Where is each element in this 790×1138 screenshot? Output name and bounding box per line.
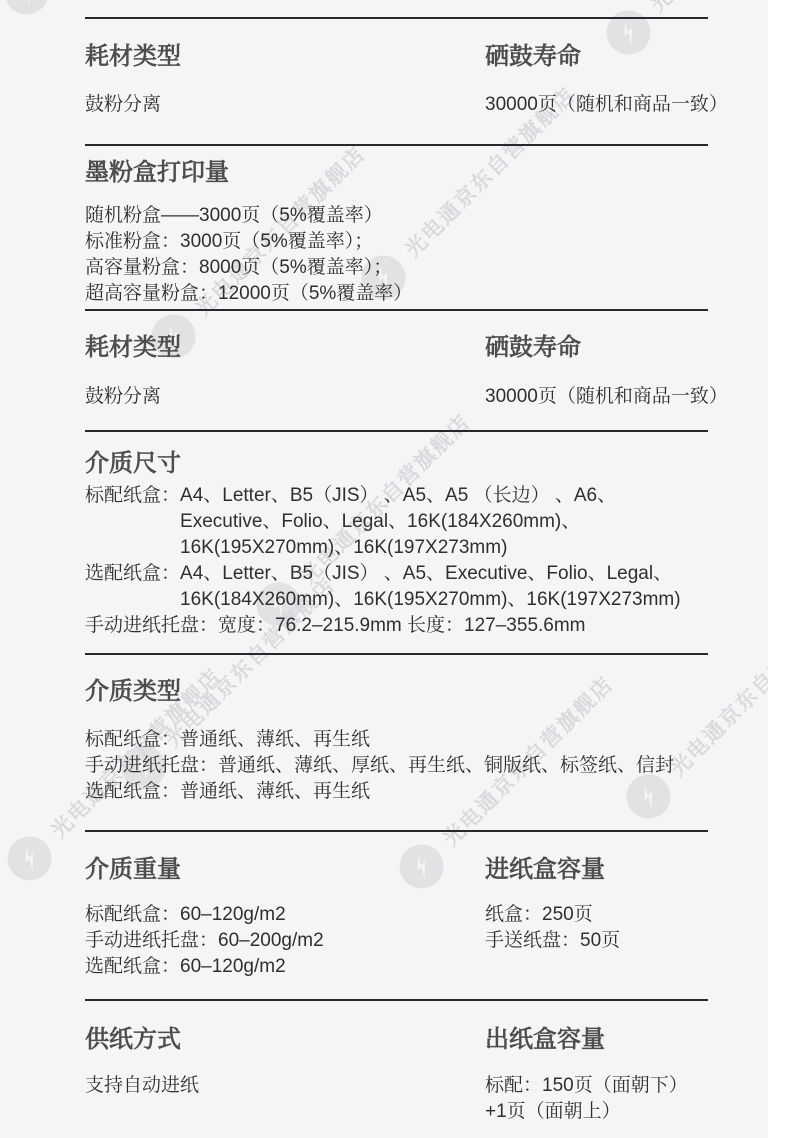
spec-heading: 介质尺寸 — [85, 450, 735, 478]
spec-lines: 随机粉盒——3000页（5%覆盖率） 标准粉盒：3000页（5%覆盖率）； 高容… — [85, 203, 735, 307]
spec-sheet: 耗材类型 鼓粉分离 硒鼓寿命 30000页（随机和商品一致） 墨粉盒打印量 随机… — [0, 0, 790, 1134]
spec-heading: 硒鼓寿命 — [485, 43, 735, 71]
spec-value: 宽度：76.2–215.9mm 长度：127–355.6mm — [218, 613, 586, 639]
spec-lines: 标配纸盒：60–120g/m2 手动进纸托盘：60–200g/m2 选配纸盒：6… — [85, 902, 485, 980]
spec-lines: 标配纸盒： A4、Letter、B5（JIS） 、A5、A5 （长边） 、A6、… — [85, 483, 735, 639]
spec-section-consumable-type-2: 耗材类型 鼓粉分离 硒鼓寿命 30000页（随机和商品一致） — [0, 311, 790, 430]
spec-line: 手动进纸托盘：60–200g/m2 — [85, 928, 485, 954]
spec-col-right: 进纸盒容量 纸盒：250页 手送纸盘：50页 — [485, 856, 735, 980]
spec-entry: 选配纸盒： A4、Letter、B5（JIS） 、A5、Executive、Fo… — [85, 561, 735, 613]
spec-col-left: 介质重量 标配纸盒：60–120g/m2 手动进纸托盘：60–200g/m2 选… — [85, 856, 485, 980]
spec-section-media-type: 介质类型 标配纸盒：普通纸、薄纸、再生纸 手动进纸托盘：普通纸、薄纸、厚纸、再生… — [0, 655, 790, 830]
spec-line: 标配纸盒：60–120g/m2 — [85, 902, 485, 928]
spec-label: 标配纸盒： — [85, 483, 180, 509]
spec-line: 超高容量粉盒：12000页（5%覆盖率） — [85, 281, 735, 307]
spec-line: 标配：150页（面朝下） — [485, 1073, 735, 1099]
spec-section-media-size: 介质尺寸 标配纸盒： A4、Letter、B5（JIS） 、A5、A5 （长边）… — [0, 432, 790, 653]
spec-col-left: 供纸方式 支持自动进纸 — [85, 1026, 485, 1125]
spec-line: 高容量粉盒：8000页（5%覆盖率）； — [85, 255, 735, 281]
spec-line: 手动进纸托盘：普通纸、薄纸、厚纸、再生纸、铜版纸、标签纸、信封 — [85, 753, 735, 779]
spec-value: 鼓粉分离 — [85, 92, 485, 118]
spec-label: 手动进纸托盘： — [85, 613, 218, 639]
spec-value: A4、Letter、B5（JIS） 、A5、Executive、Folio、Le… — [180, 561, 681, 613]
spec-line: 随机粉盒——3000页（5%覆盖率） — [85, 203, 735, 229]
spec-section-toner-yield: 墨粉盒打印量 随机粉盒——3000页（5%覆盖率） 标准粉盒：3000页（5%覆… — [0, 146, 790, 309]
spec-heading: 供纸方式 — [85, 1026, 485, 1054]
spec-line: 标准粉盒：3000页（5%覆盖率）； — [85, 229, 735, 255]
right-white-strip — [768, 0, 790, 1138]
spec-line: +1页（面朝上） — [485, 1099, 735, 1125]
spec-value: 鼓粉分离 — [85, 384, 485, 410]
spec-value: A4、Letter、B5（JIS） 、A5、A5 （长边） 、A6、 Execu… — [180, 483, 616, 561]
spec-line: 选配纸盒：普通纸、薄纸、再生纸 — [85, 779, 735, 805]
spec-heading: 硒鼓寿命 — [485, 334, 735, 362]
spec-section-media-weight-capacity: 介质重量 标配纸盒：60–120g/m2 手动进纸托盘：60–200g/m2 选… — [0, 832, 790, 999]
spec-line: 选配纸盒：60–120g/m2 — [85, 954, 485, 980]
spec-line: 标配纸盒：普通纸、薄纸、再生纸 — [85, 727, 735, 753]
spec-line: 支持自动进纸 — [85, 1073, 485, 1099]
spec-label: 选配纸盒： — [85, 561, 180, 587]
spec-heading: 介质类型 — [85, 678, 735, 706]
spec-lines: 标配纸盒：普通纸、薄纸、再生纸 手动进纸托盘：普通纸、薄纸、厚纸、再生纸、铜版纸… — [85, 727, 735, 805]
spec-heading: 墨粉盒打印量 — [85, 159, 735, 187]
spec-heading: 出纸盒容量 — [485, 1026, 735, 1054]
spec-lines: 标配：150页（面朝下） +1页（面朝上） — [485, 1073, 735, 1125]
spec-heading: 进纸盒容量 — [485, 856, 735, 884]
spec-section-feed-output: 供纸方式 支持自动进纸 出纸盒容量 标配：150页（面朝下） +1页（面朝上） — [0, 1001, 790, 1134]
spec-entry: 标配纸盒： A4、Letter、B5（JIS） 、A5、A5 （长边） 、A6、… — [85, 483, 735, 561]
spec-col-left: 耗材类型 鼓粉分离 — [85, 334, 485, 410]
spec-heading: 介质重量 — [85, 856, 485, 884]
spec-col-right: 硒鼓寿命 30000页（随机和商品一致） — [485, 43, 735, 118]
spec-col-right: 硒鼓寿命 30000页（随机和商品一致） — [485, 334, 735, 410]
page-background: { "page": { "bg_color": "#f5f5f6", "divi… — [0, 0, 790, 1138]
spec-section-consumable-type-1: 耗材类型 鼓粉分离 硒鼓寿命 30000页（随机和商品一致） — [0, 19, 790, 144]
spec-entry: 手动进纸托盘： 宽度：76.2–215.9mm 长度：127–355.6mm — [85, 613, 735, 639]
spec-col-left: 耗材类型 鼓粉分离 — [85, 43, 485, 118]
spec-heading: 耗材类型 — [85, 43, 485, 71]
spec-col-right: 出纸盒容量 标配：150页（面朝下） +1页（面朝上） — [485, 1026, 735, 1125]
spec-value: 30000页（随机和商品一致） — [485, 92, 735, 118]
spec-lines: 支持自动进纸 — [85, 1073, 485, 1099]
spec-heading: 耗材类型 — [85, 334, 485, 362]
spec-line: 纸盒：250页 — [485, 902, 735, 928]
spec-value: 30000页（随机和商品一致） — [485, 384, 735, 410]
spec-lines: 纸盒：250页 手送纸盘：50页 — [485, 902, 735, 954]
spec-line: 手送纸盘：50页 — [485, 928, 735, 954]
